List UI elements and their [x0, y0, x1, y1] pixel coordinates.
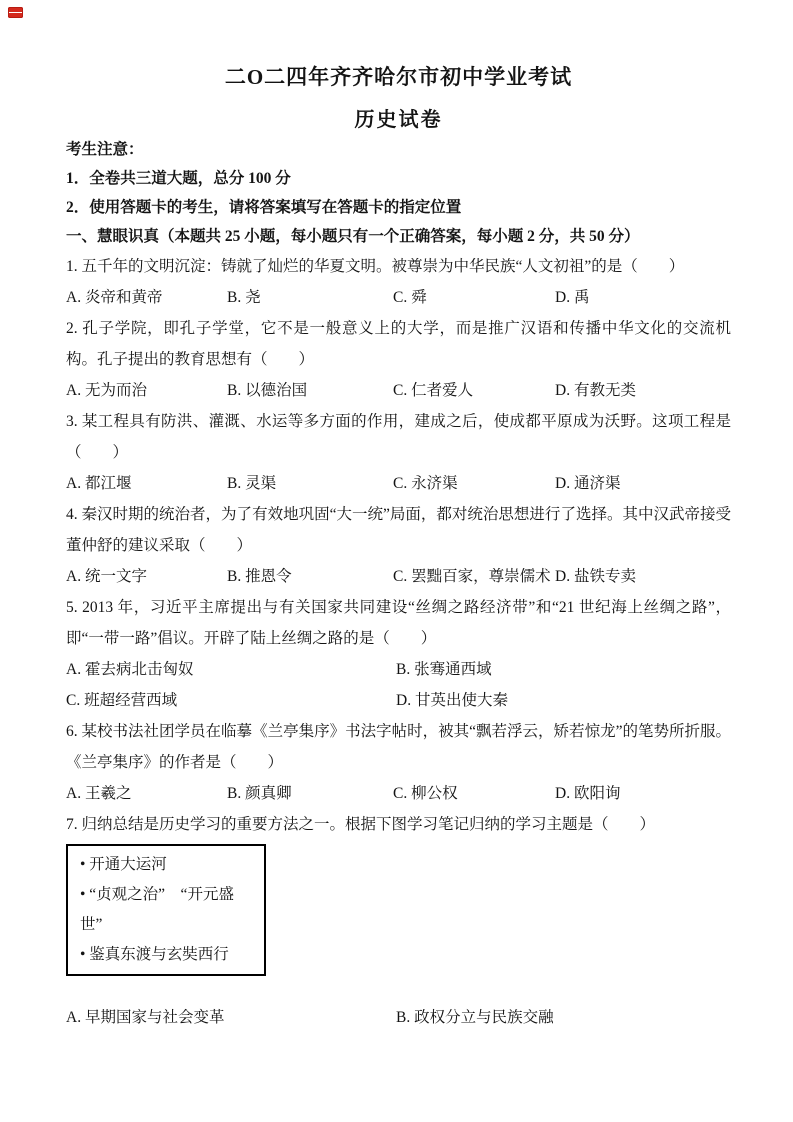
question-3-options: A. 都江堰 B. 灵渠 C. 永济渠 D. 通济渠	[66, 468, 731, 499]
option-b: B. 以德治国	[227, 375, 393, 406]
paper-subtitle: 历史试卷	[66, 105, 731, 135]
notice-heading: 考生注意：	[66, 135, 731, 164]
page-title: 二O二四年齐齐哈尔市初中学业考试	[66, 62, 731, 92]
question-2-options: A. 无为而治 B. 以德治国 C. 仁者爱人 D. 有教无类	[66, 375, 731, 406]
question-5-stem: 5. 2013 年，习近平主席提出与有关国家共同建设“丝绸之路经济带”和“21 …	[66, 592, 731, 654]
option-c: C. 柳公权	[393, 778, 555, 809]
notice-item-1: 1．全卷共三道大题，总分 100 分	[66, 164, 731, 193]
option-c: C. 永济渠	[393, 468, 555, 499]
option-a: A. 都江堰	[66, 468, 227, 499]
option-d: D. 甘英出使大秦	[396, 685, 731, 716]
option-c: C. 仁者爱人	[393, 375, 555, 406]
notice-item-2: 2．使用答题卡的考生，请将答案填写在答题卡的指定位置	[66, 193, 731, 222]
option-b: B. 尧	[227, 282, 393, 313]
question-1-stem: 1. 五千年的文明沉淀：铸就了灿烂的华夏文明。被尊崇为中华民族“人文初祖”的是（…	[66, 251, 731, 282]
question-5: 5. 2013 年，习近平主席提出与有关国家共同建设“丝绸之路经济带”和“21 …	[66, 592, 731, 716]
question-3-stem: 3. 某工程具有防洪、灌溉、水运等多方面的作用，建成之后，使成都平原成为沃野。这…	[66, 406, 731, 468]
option-d: D. 欧阳询	[555, 778, 731, 809]
question-2-stem: 2. 孔子学院，即孔子学堂，它不是一般意义上的大学，而是推广汉语和传播中华文化的…	[66, 313, 731, 375]
question-3: 3. 某工程具有防洪、灌溉、水运等多方面的作用，建成之后，使成都平原成为沃野。这…	[66, 406, 731, 499]
question-7-stem: 7. 归纳总结是历史学习的重要方法之一。根据下图学习笔记归纳的学习主题是（ ）	[66, 809, 731, 840]
exam-paper-page: 二O二四年齐齐哈尔市初中学业考试 历史试卷 考生注意： 1．全卷共三道大题，总分…	[0, 0, 793, 1033]
option-b: B. 灵渠	[227, 468, 393, 499]
question-6-options: A. 王羲之 B. 颜真卿 C. 柳公权 D. 欧阳询	[66, 778, 731, 809]
question-4-stem: 4. 秦汉时期的统治者，为了有效地巩固“大一统”局面，都对统治思想进行了选择。其…	[66, 499, 731, 561]
question-2: 2. 孔子学院，即孔子学堂，它不是一般意义上的大学，而是推广汉语和传播中华文化的…	[66, 313, 731, 406]
option-a: A. 统一文字	[66, 561, 227, 592]
option-c: C. 罢黜百家，尊崇儒术	[393, 561, 555, 592]
option-d: D. 禹	[555, 282, 731, 313]
option-d: D. 盐铁专卖	[555, 561, 731, 592]
option-b: B. 政权分立与民族交融	[396, 1002, 731, 1033]
study-notes-box: • 开通大运河 • “贞观之治” “开元盛世” • 鉴真东渡与玄奘西行	[66, 844, 266, 976]
option-b: B. 颜真卿	[227, 778, 393, 809]
option-c: C. 班超经营西域	[66, 685, 396, 716]
section-heading: 一、慧眼识真（本题共 25 小题，每小题只有一个正确答案，每小题 2 分，共 5…	[66, 222, 731, 251]
option-c: C. 舜	[393, 282, 555, 313]
option-d: D. 有教无类	[555, 375, 731, 406]
option-a: A. 早期国家与社会变革	[66, 1002, 396, 1033]
question-1-options: A. 炎帝和黄帝 B. 尧 C. 舜 D. 禹	[66, 282, 731, 313]
option-a: A. 霍去病北击匈奴	[66, 654, 396, 685]
option-b: B. 推恩令	[227, 561, 393, 592]
note-item-1: • 开通大运河	[80, 850, 252, 880]
note-item-2: • “贞观之治” “开元盛世”	[80, 880, 252, 940]
option-d: D. 通济渠	[555, 468, 731, 499]
question-4: 4. 秦汉时期的统治者，为了有效地巩固“大一统”局面，都对统治思想进行了选择。其…	[66, 499, 731, 592]
option-a: A. 无为而治	[66, 375, 227, 406]
question-5-options: A. 霍去病北击匈奴 B. 张骞通西域 C. 班超经营西域 D. 甘英出使大秦	[66, 654, 731, 716]
option-b: B. 张骞通西域	[396, 654, 731, 685]
question-4-options: A. 统一文字 B. 推恩令 C. 罢黜百家，尊崇儒术 D. 盐铁专卖	[66, 561, 731, 592]
option-a: A. 王羲之	[66, 778, 227, 809]
question-6-stem: 6. 某校书法社团学员在临摹《兰亭集序》书法字帖时，被其“飘若浮云，矫若惊龙”的…	[66, 716, 731, 778]
question-7: 7. 归纳总结是历史学习的重要方法之一。根据下图学习笔记归纳的学习主题是（ ） …	[66, 809, 731, 1033]
question-7-options: A. 早期国家与社会变革 B. 政权分立与民族交融	[66, 1002, 731, 1033]
question-6: 6. 某校书法社团学员在临摹《兰亭集序》书法字帖时，被其“飘若浮云，矫若惊龙”的…	[66, 716, 731, 809]
option-a: A. 炎帝和黄帝	[66, 282, 227, 313]
question-1: 1. 五千年的文明沉淀：铸就了灿烂的华夏文明。被尊崇为中华民族“人文初祖”的是（…	[66, 251, 731, 313]
red-stamp-icon	[8, 7, 23, 18]
note-item-3: • 鉴真东渡与玄奘西行	[80, 940, 252, 970]
